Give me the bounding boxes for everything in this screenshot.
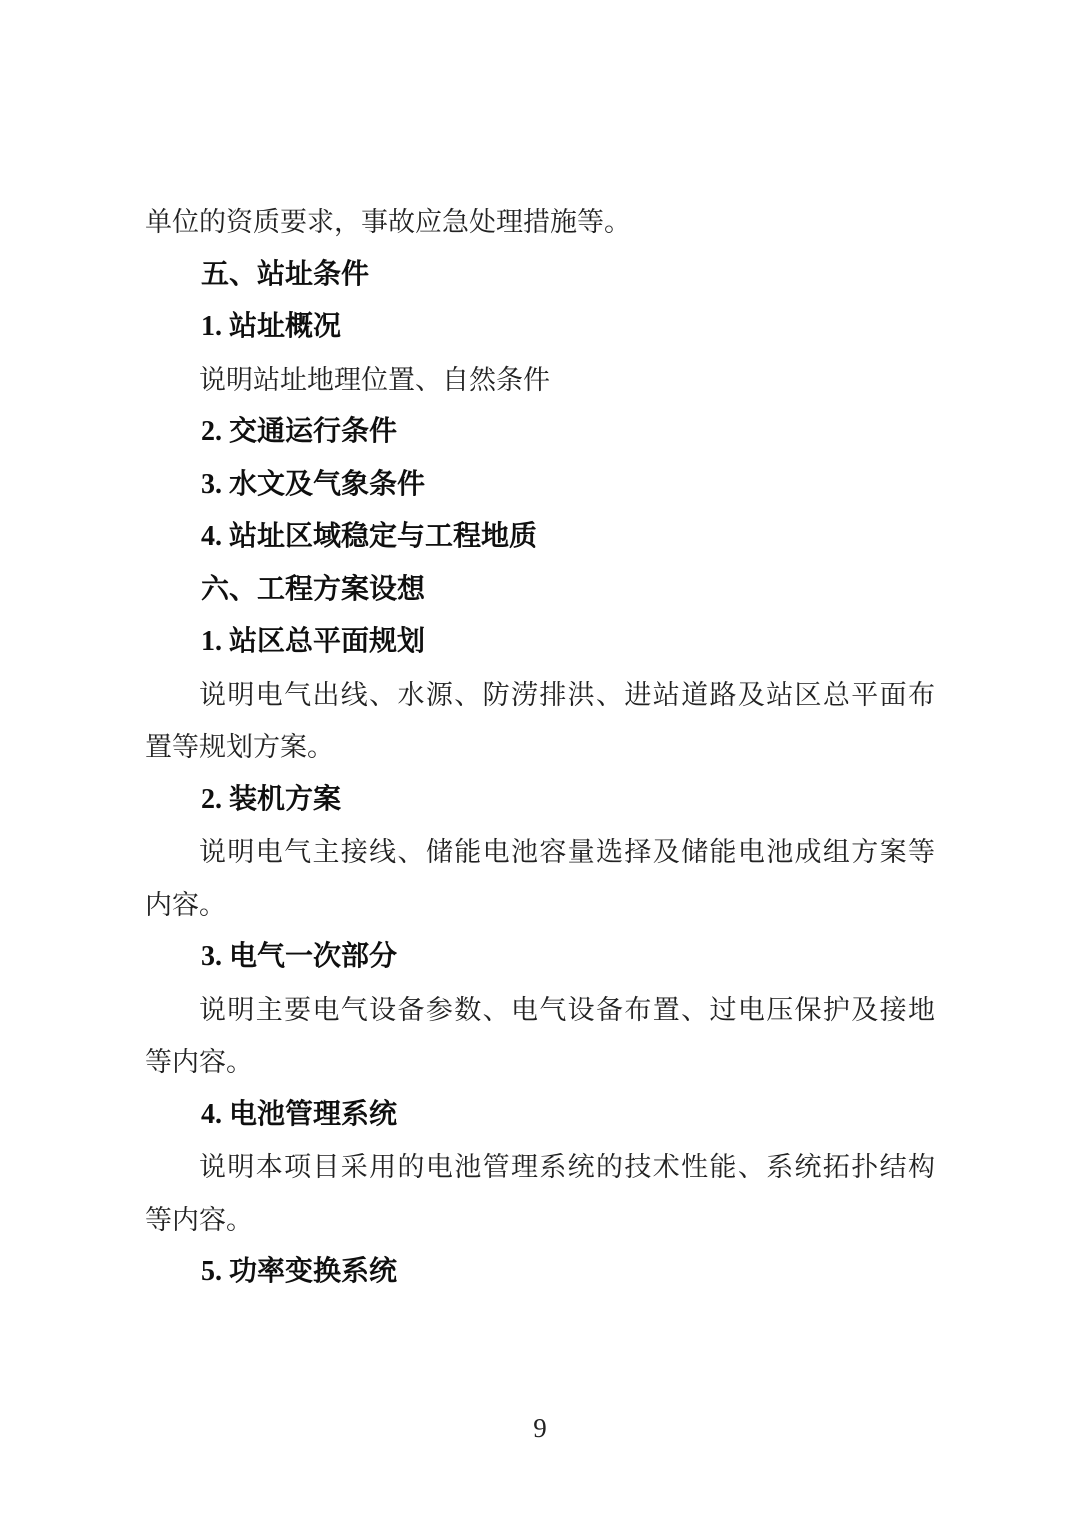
text-line: 说明站址地理位置、自然条件	[145, 354, 935, 407]
text-line: 等内容。	[145, 1036, 935, 1089]
heading-6-1: 1. 站区总平面规划	[145, 616, 935, 669]
text-line: 五、站址条件	[145, 249, 935, 302]
text-line: 说明电气出线、水源、防涝排洪、进站道路及站区总平面布	[145, 669, 935, 722]
text-line: 3. 水文及气象条件	[145, 459, 935, 512]
paragraph-site-overview: 说明站址地理位置、自然条件	[145, 354, 935, 407]
paragraph-battery-management: 说明本项目采用的电池管理系统的技术性能、系统拓扑结构等内容。	[145, 1141, 935, 1246]
paragraph-installation-plan: 说明电气主接线、储能电池容量选择及储能电池成组方案等内容。	[145, 826, 935, 931]
text-line: 2. 装机方案	[145, 774, 935, 827]
text-line: 六、工程方案设想	[145, 564, 935, 617]
page-number: 9	[533, 1413, 547, 1443]
text-line: 内容。	[145, 879, 935, 932]
paragraph-site-plan: 说明电气出线、水源、防涝排洪、进站道路及站区总平面布置等规划方案。	[145, 669, 935, 774]
heading-6-2: 2. 装机方案	[145, 774, 935, 827]
text-line: 2. 交通运行条件	[145, 406, 935, 459]
heading-6-4: 4. 电池管理系统	[145, 1089, 935, 1142]
heading-section-5: 五、站址条件	[145, 249, 935, 302]
document-body: 单位的资质要求，事故应急处理措施等。五、站址条件1. 站址概况说明站址地理位置、…	[145, 196, 935, 1299]
heading-5-1: 1. 站址概况	[145, 301, 935, 354]
paragraph-continuation: 单位的资质要求，事故应急处理措施等。	[145, 196, 935, 249]
text-line: 5. 功率变换系统	[145, 1246, 935, 1299]
text-line: 说明本项目采用的电池管理系统的技术性能、系统拓扑结构	[145, 1141, 935, 1194]
heading-6-3: 3. 电气一次部分	[145, 931, 935, 984]
paragraph-electrical-primary: 说明主要电气设备参数、电气设备布置、过电压保护及接地等内容。	[145, 984, 935, 1089]
heading-5-3: 3. 水文及气象条件	[145, 459, 935, 512]
text-line: 4. 站址区域稳定与工程地质	[145, 511, 935, 564]
heading-5-4: 4. 站址区域稳定与工程地质	[145, 511, 935, 564]
page-footer: 9	[0, 1408, 1080, 1448]
text-line: 说明主要电气设备参数、电气设备布置、过电压保护及接地	[145, 984, 935, 1037]
text-line: 1. 站址概况	[145, 301, 935, 354]
text-line: 1. 站区总平面规划	[145, 616, 935, 669]
text-line: 置等规划方案。	[145, 721, 935, 774]
text-line: 单位的资质要求，事故应急处理措施等。	[145, 196, 935, 249]
text-line: 4. 电池管理系统	[145, 1089, 935, 1142]
heading-section-6: 六、工程方案设想	[145, 564, 935, 617]
text-line: 等内容。	[145, 1194, 935, 1247]
document-page: 单位的资质要求，事故应急处理措施等。五、站址条件1. 站址概况说明站址地理位置、…	[0, 0, 1080, 1527]
heading-5-2: 2. 交通运行条件	[145, 406, 935, 459]
text-line: 说明电气主接线、储能电池容量选择及储能电池成组方案等	[145, 826, 935, 879]
heading-6-5: 5. 功率变换系统	[145, 1246, 935, 1299]
text-line: 3. 电气一次部分	[145, 931, 935, 984]
